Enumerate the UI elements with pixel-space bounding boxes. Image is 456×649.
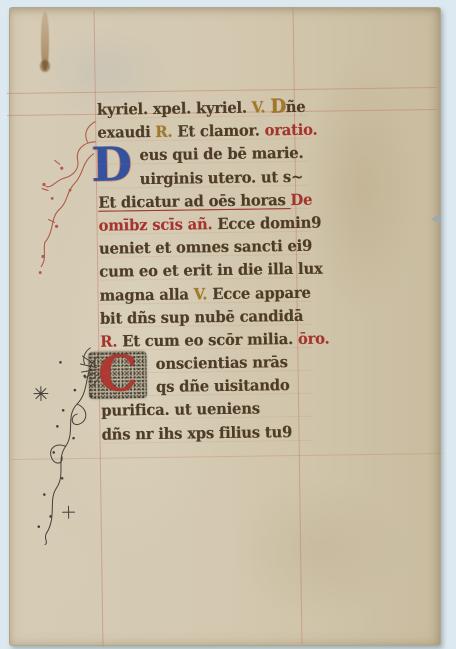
manuscript-line: bit dñs sup nubē candidā: [100, 303, 321, 329]
text-segment: oratio.: [264, 120, 317, 140]
manuscript-line: Et dicatur ad oēs horas De: [98, 187, 319, 213]
text-segment: qs dñe uisitando: [156, 375, 290, 396]
text-segment: onscientias nrās: [155, 352, 287, 373]
ink-stain: [41, 12, 49, 70]
ruling-line-horizontal-top: [7, 87, 437, 94]
text-segment: ōro.: [298, 328, 330, 347]
manuscript-leaf: D C kyriel. xpel. kyriel. V. Dñeexaudi R…: [9, 7, 441, 646]
text-segment: uirginis utero. ut s~: [140, 166, 304, 187]
text-segment: Et cum eo scōr milia.: [122, 329, 298, 350]
text-segment: bit dñs sup nubē candidā: [100, 306, 303, 328]
text-segment: D: [270, 95, 286, 117]
manuscript-line: onscientias nrās: [100, 350, 321, 376]
manuscript-line: uirginis utero. ut s~: [98, 164, 319, 190]
manuscript-line: cum eo et erit in die illa lux: [99, 257, 320, 283]
text-segment: V.: [194, 284, 213, 303]
text-segment: cum eo et erit in die illa lux: [99, 259, 323, 281]
text-segment: omībz scīs añ.: [98, 214, 217, 235]
text-segment: magna alla: [99, 284, 193, 304]
text-segment: kyriel. xpel. kyriel.: [97, 98, 252, 119]
manuscript-line: ueniet et omnes sancti ei9: [99, 234, 320, 260]
scan-backdrop: D C kyriel. xpel. kyriel. V. Dñeexaudi R…: [0, 0, 456, 649]
text-segment: R.: [155, 122, 177, 141]
manuscript-line: omībz scīs añ. Ecce domin9: [98, 211, 319, 237]
text-segment: ñe: [286, 97, 306, 116]
manuscript-line: kyriel. xpel. kyriel. V. Dñe: [97, 95, 318, 121]
manuscript-line: exaudi R. Et clamor. oratio.: [97, 118, 318, 144]
manuscript-line: eus qui de bē marie.: [97, 141, 318, 167]
text-segment: ueniet et omnes sancti ei9: [99, 236, 312, 258]
manuscript-line: dñs nr ihs xps filius tu9: [101, 419, 322, 445]
manuscript-line: R. Et cum eo scōr milia. ōro.: [100, 327, 321, 353]
edge-notch-icon: [431, 214, 440, 224]
text-segment: Et clamor.: [177, 121, 264, 141]
ruled-page-area: D C kyriel. xpel. kyriel. V. Dñeexaudi R…: [6, 5, 445, 648]
text-segment: exaudi: [97, 122, 155, 142]
manuscript-line: magna alla V. Ecce appare: [99, 280, 320, 306]
text-segment: dñs nr ihs xps filius tu9: [101, 422, 292, 444]
manuscript-line: qs dñe uisitando: [101, 373, 322, 399]
text-segment: Ecce domin9: [217, 213, 321, 233]
text-block: kyriel. xpel. kyriel. V. Dñeexaudi R. Et…: [97, 95, 334, 446]
text-segment: R.: [100, 331, 122, 350]
text-segment: De: [290, 190, 312, 209]
text-segment: eus qui de bē marie.: [139, 143, 303, 164]
text-segment: Et dicatur ad oēs horas: [98, 190, 290, 212]
text-segment: Ecce appare: [212, 282, 311, 302]
text-segment: purifica. ut ueniens: [101, 399, 260, 420]
text-segment: V.: [252, 97, 271, 116]
manuscript-line: purifica. ut ueniens: [101, 396, 322, 422]
